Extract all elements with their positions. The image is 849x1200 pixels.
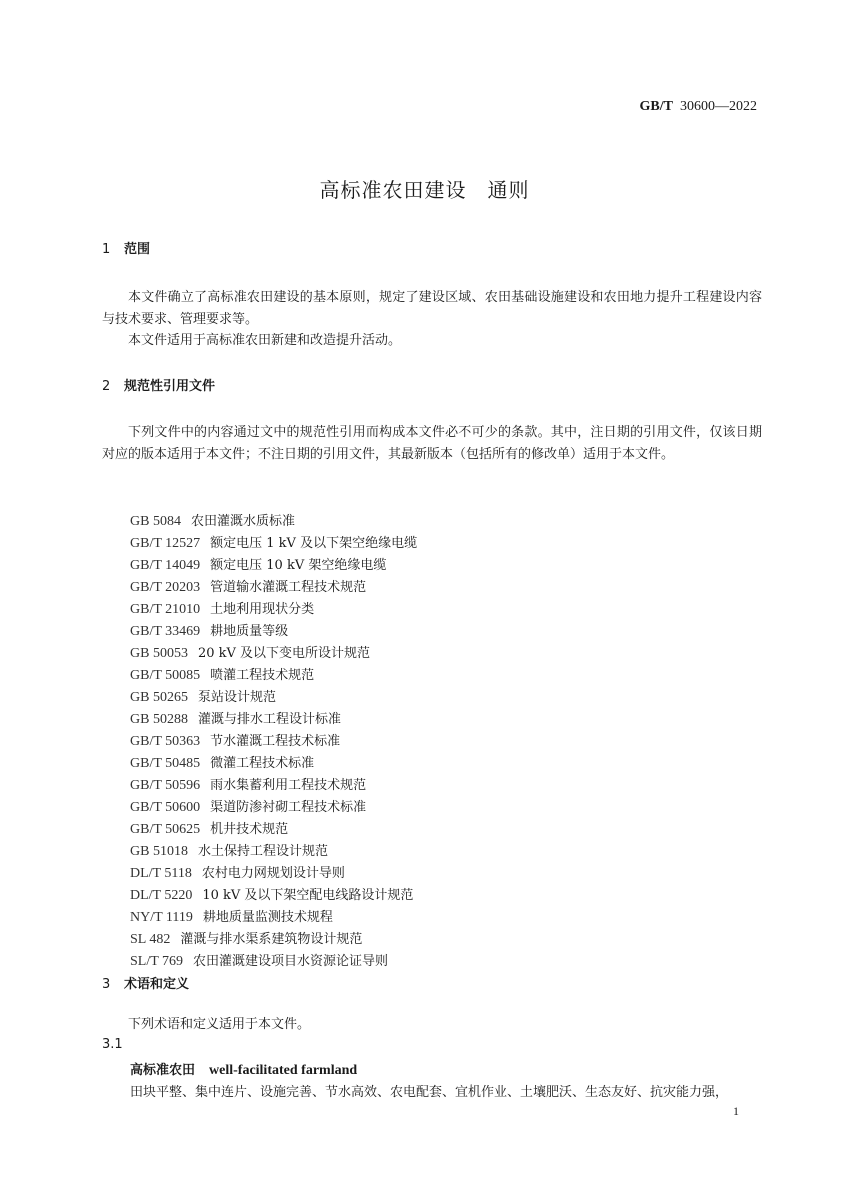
scope-paragraph-1: 本文件确立了高标准农田建设的基本原则，规定了建设区域、农田基础设施建设和农田地力…	[102, 287, 762, 331]
reference-item: GB/T 50625机井技术规范	[130, 819, 417, 841]
reference-item: GB/T 50085喷灌工程技术规范	[130, 665, 417, 687]
section-1-heading: 1范围	[102, 238, 150, 257]
standard-code: GB/T 30600—2022	[640, 99, 757, 115]
reference-list: GB 5084农田灌溉水质标准 GB/T 12527额定电压 1 kV 及以下架…	[130, 511, 417, 973]
reference-item: GB/T 21010土地利用现状分类	[130, 599, 417, 621]
reference-item: DL/T 522010 kV 及以下架空配电线路设计规范	[130, 885, 417, 907]
reference-item: GB 5084农田灌溉水质标准	[130, 511, 417, 533]
reference-item: SL/T 769农田灌溉建设项目水资源论证导则	[130, 951, 417, 973]
reference-item: DL/T 5118农村电力网规划设计导则	[130, 863, 417, 885]
section-title: 规范性引用文件	[124, 379, 215, 394]
reference-item: NY/T 1119耕地质量监测技术规程	[130, 907, 417, 929]
document-title: 高标准农田建设 通则	[0, 174, 849, 203]
section-3-heading: 3术语和定义	[102, 973, 189, 992]
section-2-heading: 2规范性引用文件	[102, 375, 215, 394]
section-title: 范围	[124, 242, 150, 257]
reference-item: GB/T 20203管道输水灌溉工程技术规范	[130, 577, 417, 599]
normative-references-intro: 下列文件中的内容通过文中的规范性引用而构成本文件必不可少的条款。其中，注日期的引…	[102, 422, 762, 466]
standard-number: 30600—2022	[680, 99, 757, 114]
term-definition: 田块平整、集中连片、设施完善、节水高效、农电配套、宜机作业、土壤肥沃、生态友好、…	[130, 1081, 728, 1100]
section-number: 3	[102, 977, 124, 992]
reference-item: GB/T 50485微灌工程技术标准	[130, 753, 417, 775]
standard-prefix: GB/T	[640, 99, 673, 114]
reference-item: GB/T 33469耕地质量等级	[130, 621, 417, 643]
reference-item: GB 50288灌溉与排水工程设计标准	[130, 709, 417, 731]
reference-item: GB/T 12527额定电压 1 kV 及以下架空绝缘电缆	[130, 533, 417, 555]
term-zh: 高标准农田	[130, 1063, 195, 1078]
reference-item: GB/T 14049额定电压 10 kV 架空绝缘电缆	[130, 555, 417, 577]
reference-item: GB/T 50363节水灌溉工程技术标准	[130, 731, 417, 753]
term-en: well-facilitated farmland	[209, 1063, 357, 1078]
reference-item: GB 51018水土保持工程设计规范	[130, 841, 417, 863]
section-number: 2	[102, 379, 124, 394]
reference-item: GB/T 50596雨水集蓄利用工程技术规范	[130, 775, 417, 797]
term-number: 3.1	[102, 1037, 123, 1052]
page-number: 1	[733, 1104, 739, 1119]
section-title: 术语和定义	[124, 977, 189, 992]
reference-item: GB/T 50600渠道防渗衬砌工程技术标准	[130, 797, 417, 819]
term-heading: 高标准农田well-facilitated farmland	[130, 1059, 357, 1079]
scope-paragraph-2: 本文件适用于高标准农田新建和改造提升活动。	[102, 330, 762, 352]
terms-intro: 下列术语和定义适用于本文件。	[102, 1014, 762, 1036]
reference-item: GB 50265泵站设计规范	[130, 687, 417, 709]
reference-item: SL 482灌溉与排水渠系建筑物设计规范	[130, 929, 417, 951]
reference-item: GB 5005320 kV 及以下变电所设计规范	[130, 643, 417, 665]
section-number: 1	[102, 242, 124, 257]
